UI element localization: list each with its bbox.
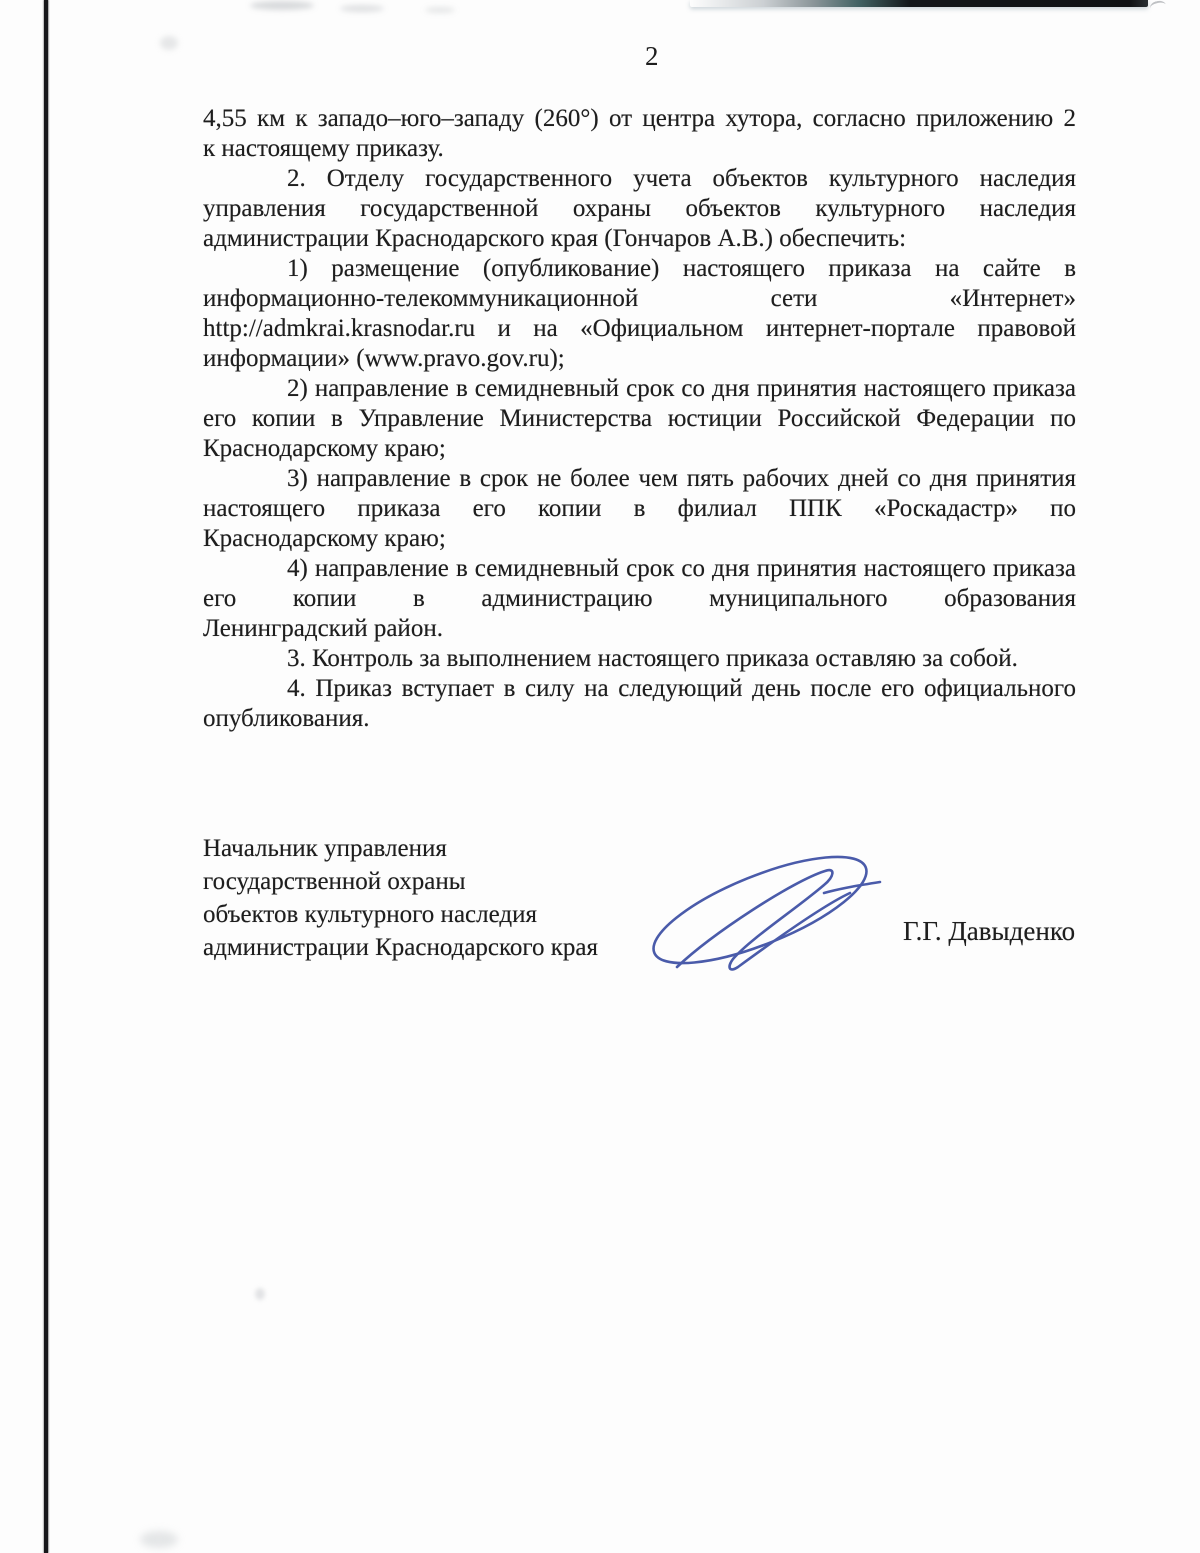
text-line: 2. Отделу государственного учета объекто… [203, 164, 1076, 194]
text-line: опубликования. [203, 704, 1076, 734]
text-line: его копии в администрацию муниципального… [203, 584, 1076, 614]
text-line: настоящего приказа его копии в филиал ПП… [203, 494, 1076, 524]
signer-role-line: объектов культурного наследия [203, 898, 823, 931]
text-line: управления государственной охраны объект… [203, 194, 1076, 224]
text-line: 2) направление в семидневный срок со дня… [203, 374, 1076, 404]
signer-role-lines: Начальник управлениягосударственной охра… [203, 832, 823, 964]
text-line: информационно-телекоммуникационной сети … [203, 284, 1076, 314]
order-body-text: 4,55 км к западо–юго–западу (260°) от це… [203, 104, 1076, 734]
signer-name: Г.Г. Давыденко [903, 916, 1075, 946]
text-line: 4,55 км к западо–юго–западу (260°) от це… [203, 104, 1076, 134]
text-line: администрации Краснодарского края (Гонча… [203, 224, 1076, 254]
scanned-document-page: 2 4,55 км к западо–юго–западу (260°) от … [0, 0, 1200, 1553]
text-line: 4) направление в семидневный срок со дня… [203, 554, 1076, 584]
text-line: его копии в Управление Министерства юсти… [203, 404, 1076, 434]
scan-smudge [255, 1288, 265, 1300]
text-line: Краснодарскому краю; [203, 524, 1076, 554]
signer-role-line: администрации Краснодарского края [203, 931, 823, 964]
text-line: 3. Контроль за выполнением настоящего пр… [203, 644, 1076, 674]
text-line: 1) размещение (опубликование) настоящего… [203, 254, 1076, 284]
text-line: Краснодарскому краю; [203, 434, 1076, 464]
text-line: информации» (www.pravo.gov.ru); [203, 344, 1076, 374]
text-line: к настоящему приказу. [203, 134, 1076, 164]
handwritten-signature-icon [628, 833, 888, 983]
scan-smudge [140, 1531, 178, 1548]
scan-artifact-curl [1149, 0, 1167, 14]
page-number: 2 [645, 41, 659, 71]
signer-role-line: Начальник управления [203, 832, 823, 865]
text-line: 4. Приказ вступает в силу на следующий д… [203, 674, 1076, 704]
scan-smudge [340, 5, 384, 12]
scan-smudge [160, 36, 178, 50]
scan-smudge [425, 7, 455, 13]
text-line: Ленинградский район. [203, 614, 1076, 644]
text-line: 3) направление в срок не более чем пять … [203, 464, 1076, 494]
text-line: http://admkrai.krasnodar.ru и на «Официа… [203, 314, 1076, 344]
scan-edge-top-bar [690, 0, 1148, 7]
scan-edge-vertical-line [44, 0, 48, 1553]
scan-smudge [250, 1, 314, 10]
signer-role-line: государственной охраны [203, 865, 823, 898]
